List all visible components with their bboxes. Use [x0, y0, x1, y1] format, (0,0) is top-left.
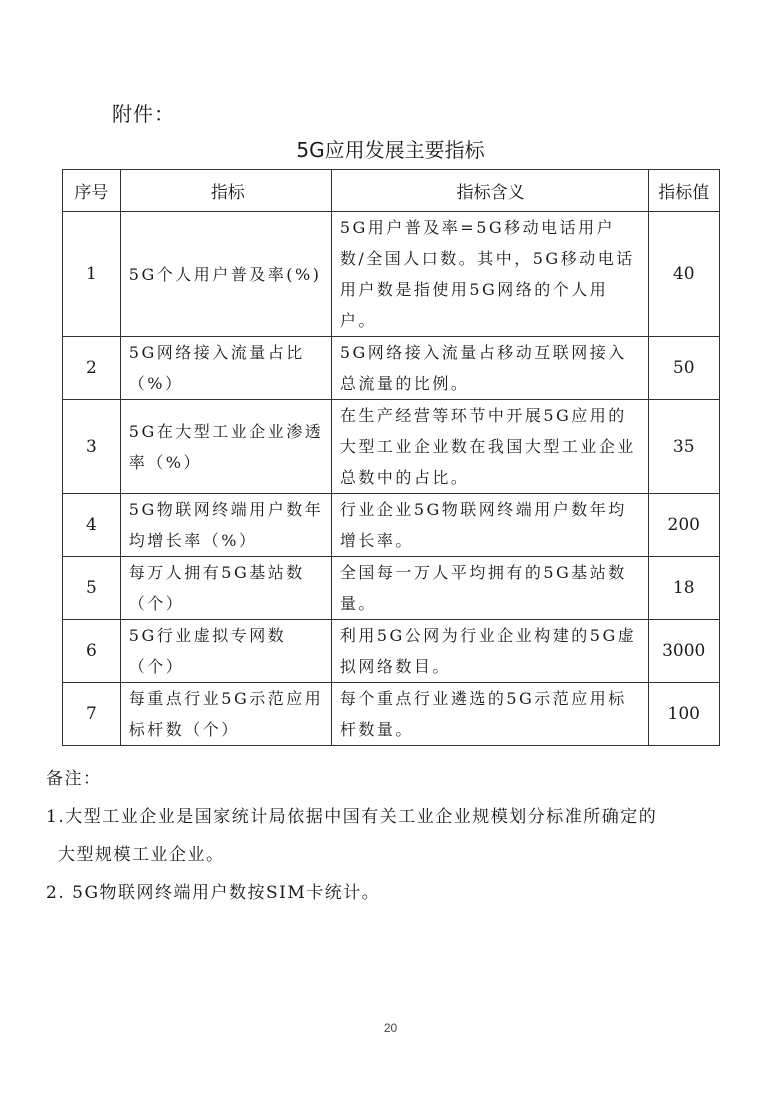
header-value: 指标值 — [648, 170, 720, 212]
table-row: 45G物联网终端用户数年均增长率（%）行业企业5G物联网终端用户数年均增长率。2… — [63, 494, 720, 557]
note-item-continued: 大型规模工业企业。 — [46, 836, 657, 874]
table-row: 15G个人用户普及率(%)5G用户普及率=5G移动电话用户数/全国人口数。其中，… — [63, 212, 720, 337]
attachment-label: 附件： — [112, 98, 175, 127]
table-row: 5每万人拥有5G基站数（个）全国每一万人平均拥有的5G基站数量。18 — [63, 557, 720, 620]
table-header-row: 序号 指标 指标含义 指标值 — [63, 170, 720, 212]
row-no: 4 — [63, 494, 121, 557]
row-value: 200 — [648, 494, 720, 557]
row-no: 7 — [63, 683, 121, 746]
header-no: 序号 — [63, 170, 121, 212]
row-indicator: 5G网络接入流量占比（%） — [120, 337, 331, 400]
row-meaning: 利用5G公网为行业企业构建的5G虚拟网络数目。 — [331, 620, 648, 683]
notes-heading: 备注： — [46, 760, 657, 798]
row-indicator: 每重点行业5G示范应用标杆数（个） — [120, 683, 331, 746]
indicators-table: 序号 指标 指标含义 指标值 15G个人用户普及率(%)5G用户普及率=5G移动… — [62, 169, 720, 746]
row-meaning: 在生产经营等环节中开展5G应用的大型工业企业数在我国大型工业企业总数中的占比。 — [331, 400, 648, 494]
row-no: 2 — [63, 337, 121, 400]
row-indicator: 5G个人用户普及率(%) — [120, 212, 331, 337]
row-indicator: 5G行业虚拟专网数（个） — [120, 620, 331, 683]
row-value: 40 — [648, 212, 720, 337]
table-row: 65G行业虚拟专网数（个）利用5G公网为行业企业构建的5G虚拟网络数目。3000 — [63, 620, 720, 683]
header-indicator: 指标 — [120, 170, 331, 212]
row-no: 5 — [63, 557, 121, 620]
table-row: 25G网络接入流量占比（%）5G网络接入流量占移动互联网接入总流量的比例。50 — [63, 337, 720, 400]
row-no: 6 — [63, 620, 121, 683]
row-value: 3000 — [648, 620, 720, 683]
row-indicator: 5G在大型工业企业渗透率（%） — [120, 400, 331, 494]
page-number: 20 — [0, 1021, 781, 1035]
notes-section: 备注： 1.大型工业企业是国家统计局依据中国有关工业企业规模划分标准所确定的 大… — [46, 760, 657, 912]
row-indicator: 每万人拥有5G基站数（个） — [120, 557, 331, 620]
document-title: 5G应用发展主要指标 — [0, 134, 781, 163]
row-no: 3 — [63, 400, 121, 494]
row-value: 50 — [648, 337, 720, 400]
row-no: 1 — [63, 212, 121, 337]
row-meaning: 5G用户普及率=5G移动电话用户数/全国人口数。其中，5G移动电话用户数是指使用… — [331, 212, 648, 337]
header-meaning: 指标含义 — [331, 170, 648, 212]
row-meaning: 每个重点行业遴选的5G示范应用标杆数量。 — [331, 683, 648, 746]
note-item: 2. 5G物联网终端用户数按SIM卡统计。 — [46, 874, 657, 912]
note-item: 1.大型工业企业是国家统计局依据中国有关工业企业规模划分标准所确定的 — [46, 798, 657, 836]
row-value: 18 — [648, 557, 720, 620]
table-row: 7每重点行业5G示范应用标杆数（个）每个重点行业遴选的5G示范应用标杆数量。10… — [63, 683, 720, 746]
row-indicator: 5G物联网终端用户数年均增长率（%） — [120, 494, 331, 557]
table-row: 35G在大型工业企业渗透率（%）在生产经营等环节中开展5G应用的大型工业企业数在… — [63, 400, 720, 494]
row-meaning: 全国每一万人平均拥有的5G基站数量。 — [331, 557, 648, 620]
row-meaning: 5G网络接入流量占移动互联网接入总流量的比例。 — [331, 337, 648, 400]
row-meaning: 行业企业5G物联网终端用户数年均增长率。 — [331, 494, 648, 557]
row-value: 35 — [648, 400, 720, 494]
row-value: 100 — [648, 683, 720, 746]
